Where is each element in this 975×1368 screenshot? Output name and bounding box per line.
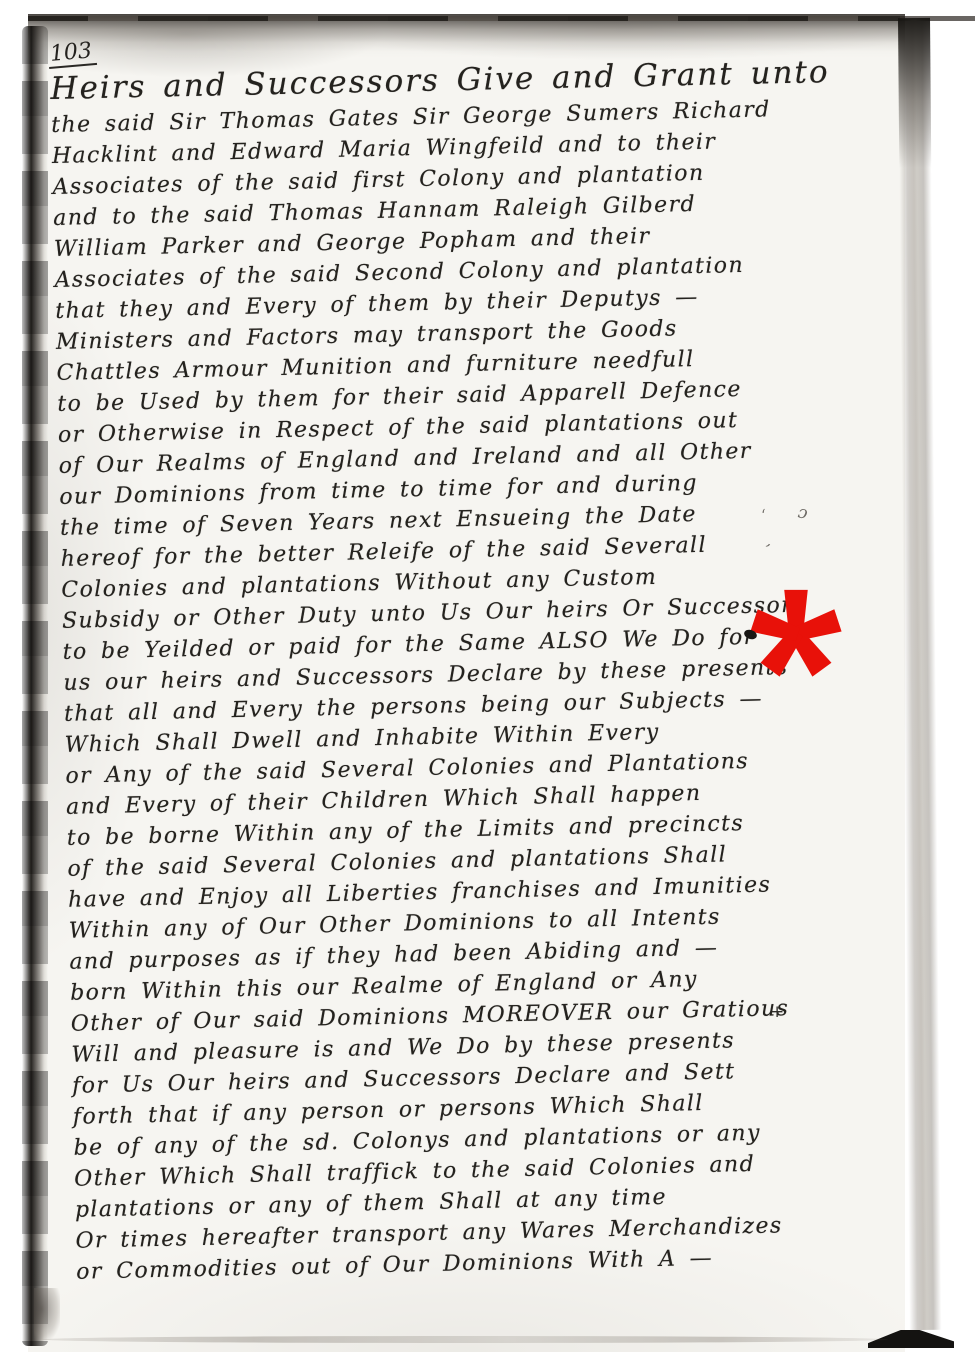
page-number: 103 xyxy=(47,38,97,69)
page-edge-strip-top xyxy=(898,18,931,168)
page-bottom-edge xyxy=(42,1336,888,1343)
binding-left-edge xyxy=(22,26,48,1346)
page-top-hairline xyxy=(28,16,905,21)
red-asterisk-annotation-icon xyxy=(747,585,845,683)
manuscript-page: 103 Heirs and Successors Give and Grant … xyxy=(28,14,905,1352)
bottom-left-smudge xyxy=(34,1288,60,1340)
margin-plus-mark: + xyxy=(770,1002,784,1022)
manuscript-scan: 103 Heirs and Successors Give and Grant … xyxy=(0,0,975,1368)
